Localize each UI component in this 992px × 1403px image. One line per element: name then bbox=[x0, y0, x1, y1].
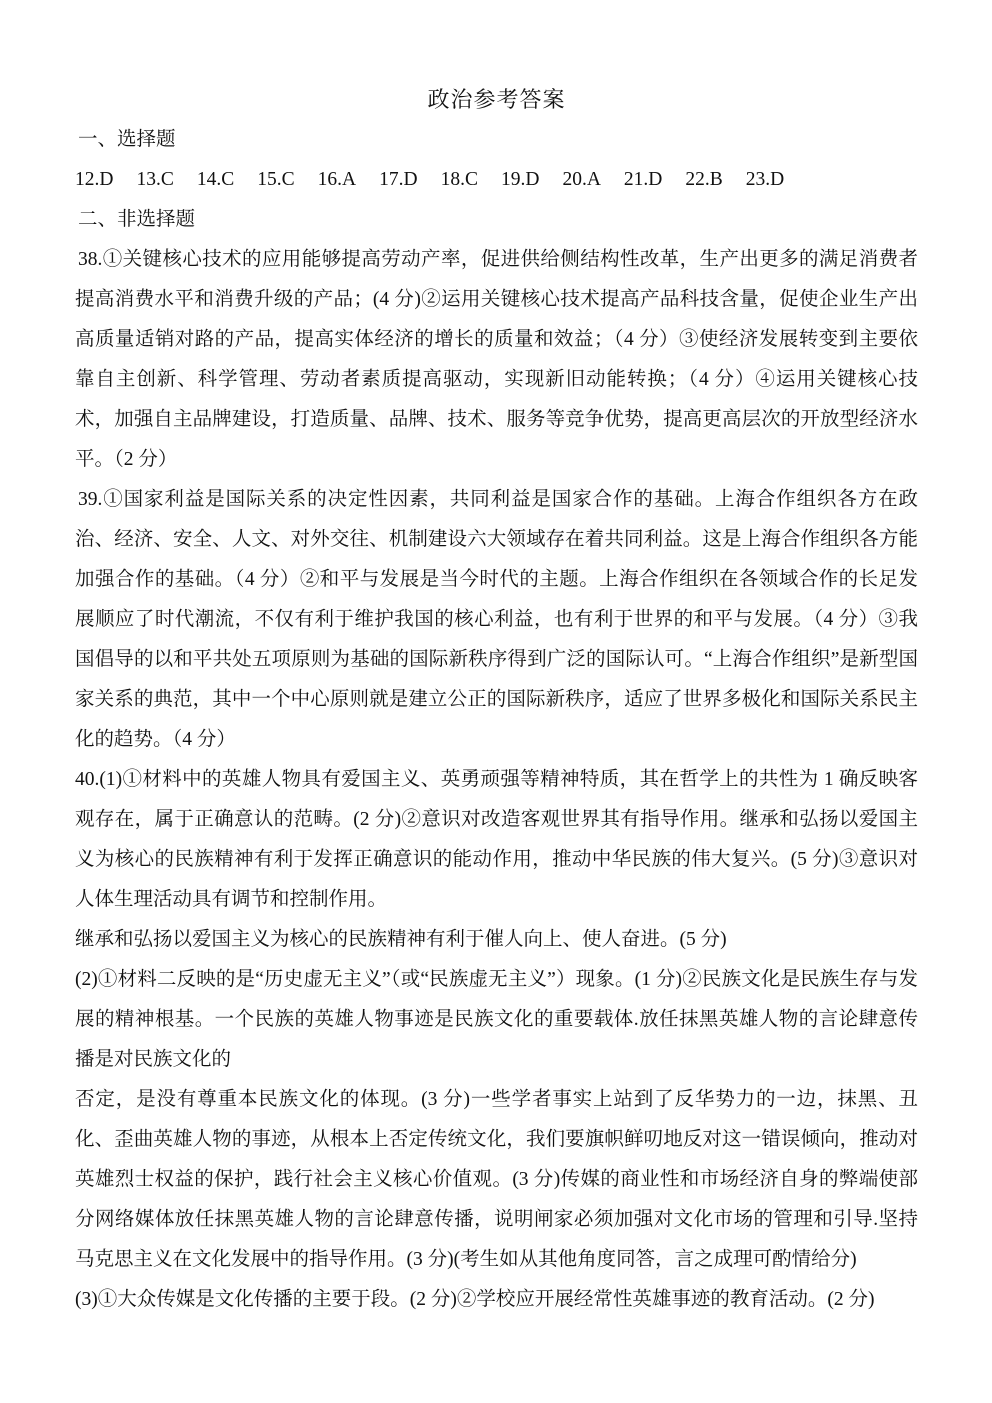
multiple-choice-answers-row: 12.D 13.C 14.C 15.C 16.A 17.D 18.C 19.D … bbox=[75, 160, 918, 200]
section-heading-multiple-choice: 一、选择题 bbox=[75, 120, 918, 160]
mc-answer-12: 12.D bbox=[75, 160, 113, 200]
mc-answer-20: 20.A bbox=[562, 160, 600, 200]
mc-answer-23: 23.D bbox=[746, 160, 784, 200]
page-title: 政治参考答案 bbox=[75, 80, 918, 120]
mc-answer-15: 15.C bbox=[257, 160, 294, 200]
mc-answer-22: 22.B bbox=[685, 160, 722, 200]
answer-40-part1-paragraph: 40.(1)①材料中的英雄人物具有爱国主义、英勇顽强等精神特质，其在哲学上的共性… bbox=[75, 760, 918, 920]
answer-40-part3-paragraph: (3)①大众传媒是文化传播的主要于段。(2 分)②学校应开展经常性英雄事迹的教育… bbox=[75, 1280, 918, 1320]
answer-40-part2-continued-paragraph: 否定，是没有尊重本民族文化的体现。(3 分)一些学者事实上站到了反华势力的一边，… bbox=[75, 1080, 918, 1280]
mc-answer-18: 18.C bbox=[441, 160, 478, 200]
answer-39-paragraph: 39.①国家利益是国际关系的决定性因素，共同利益是国家合作的基础。上海合作组织各… bbox=[75, 480, 918, 760]
answer-38-paragraph: 38.①关键核心技术的应用能够提高劳动产率，促进供给侧结构性改革，生产出更多的满… bbox=[75, 240, 918, 480]
mc-answer-21: 21.D bbox=[624, 160, 662, 200]
answer-40-part1-continued-paragraph: 继承和弘扬以爱国主义为核心的民族精神有利于催人向上、使人奋进。(5 分) bbox=[75, 920, 918, 960]
mc-answer-16: 16.A bbox=[318, 160, 356, 200]
document-page: 政治参考答案 一、选择题 12.D 13.C 14.C 15.C 16.A 17… bbox=[0, 0, 992, 1403]
mc-answer-14: 14.C bbox=[197, 160, 234, 200]
section-heading-non-choice: 二、非选择题 bbox=[75, 200, 918, 240]
mc-answer-19: 19.D bbox=[501, 160, 539, 200]
mc-answer-13: 13.C bbox=[136, 160, 173, 200]
answer-40-part2-paragraph: (2)①材料二反映的是“历史虚无主义”（或“民族虚无主义”）现象。(1 分)②民… bbox=[75, 960, 918, 1080]
mc-answer-17: 17.D bbox=[379, 160, 417, 200]
